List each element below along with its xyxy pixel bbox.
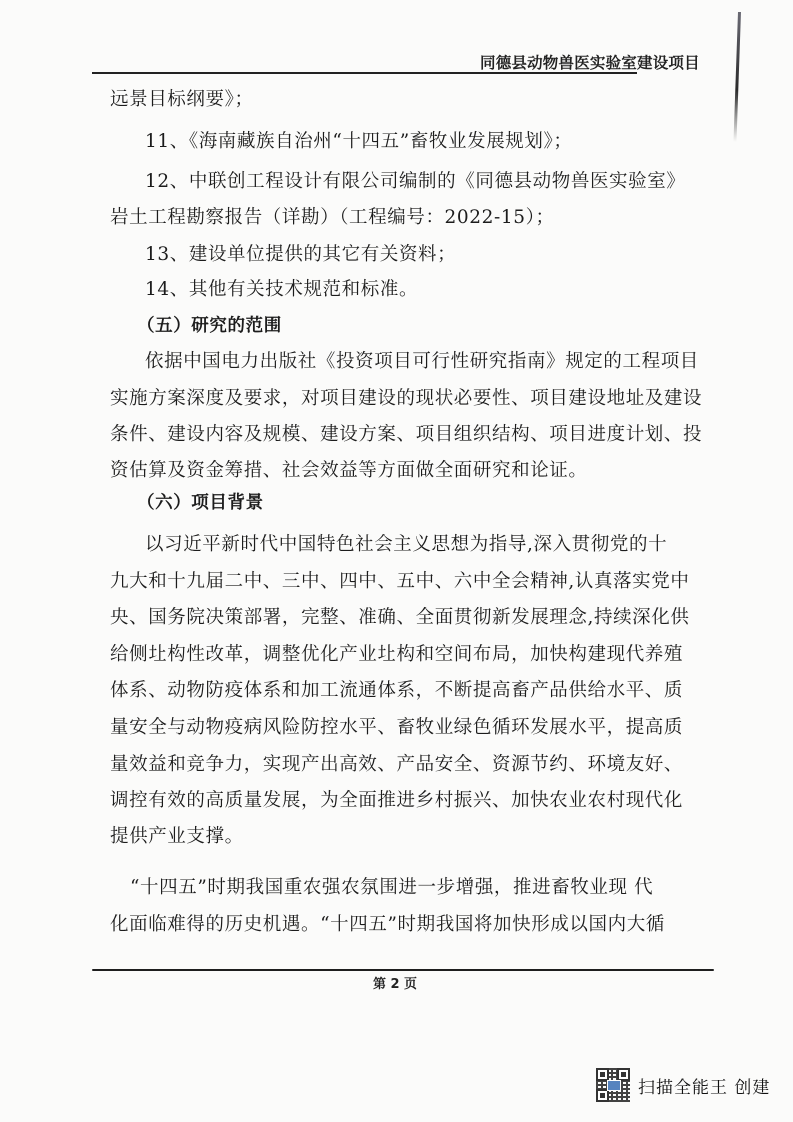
text-line: “十四五”时期我国重农强农氛围进一步增强，推进畜牧业现 代 xyxy=(130,873,653,899)
reference-item-14: 14、其他有关技术规范和标准。 xyxy=(145,275,418,301)
text-line: 条件、建设内容及规模、建设方案、项目组织结构、项目进度计划、投 xyxy=(110,420,702,446)
text-line: 以习近平新时代中国特色社会主义思想为指导,深入贯彻党的十 xyxy=(145,530,667,556)
text-line: 依据中国电力出版社《投资项目可行性研究指南》规定的工程项目 xyxy=(145,347,699,373)
text-line: 量效益和竞争力，实现产出高效、产品安全、资源节约、环境友好、 xyxy=(110,750,683,776)
text-line: 九大和十九届二中、三中、四中、五中、六中全会精神,认真落实党中 xyxy=(110,567,689,593)
text-line: 资估算及资金筹措、社会效益等方面做全面研究和论证。 xyxy=(110,456,588,482)
scan-edge-artifact xyxy=(733,12,741,142)
footer-divider xyxy=(92,969,714,971)
page-number: 第 2 页 xyxy=(320,973,470,992)
qr-code-icon xyxy=(596,1068,630,1102)
document-header-title: 同德县动物兽医实验室建设项目 xyxy=(480,51,700,73)
scanner-watermark: 扫描全能王 创建 xyxy=(596,1068,770,1102)
watermark-text: 扫描全能王 创建 xyxy=(638,1073,770,1098)
text-line: 实施方案深度及要求，对项目建设的现状必要性、项目建设地址及建设 xyxy=(110,384,702,410)
text-line: 给侧圵构性改革，调整优化产业圵构和空间布局，加快构建现代养殖 xyxy=(110,640,683,666)
header-divider xyxy=(92,72,637,74)
reference-item-12: 12、中联创工程设计有限公司编制的《同德县动物兽医实验室》 xyxy=(145,167,685,193)
reference-item-13: 13、建设单位提供的其它有关资料； xyxy=(145,240,456,266)
text-line: 调控有效的高质量发展，为全面推进乡村振兴、加快农业农村现代化 xyxy=(110,786,683,812)
section-heading-research-scope: （五）研究的范围 xyxy=(137,312,282,337)
text-line: 体系、动物防疫体系和加工流通体系，不断提高畜产品供给水平、质 xyxy=(110,676,683,702)
reference-item-11: 11、《海南藏族自治州“十四五”畜牧业发展规划》； xyxy=(145,127,572,153)
text-line: 央、国务院决策部署，完整、准确、全面贯彻新发展理念,持续深化供 xyxy=(110,603,689,629)
text-line: 量安全与动物疫病风险防控水平、畜牧业绿色循环发展水平，提高质 xyxy=(110,713,683,739)
text-line: 提供产业支撑。 xyxy=(110,822,244,848)
section-heading-project-background: （六）项目背景 xyxy=(137,489,264,514)
text-line: 岩土工程勘察报告（详勘）（工程编号：2022-15）； xyxy=(110,203,555,229)
text-line: 化面临难得的历史机遇。“十四五”时期我国将加快形成以国内大循 xyxy=(110,910,665,936)
text-line: 远景目标纲要》； xyxy=(110,85,254,111)
